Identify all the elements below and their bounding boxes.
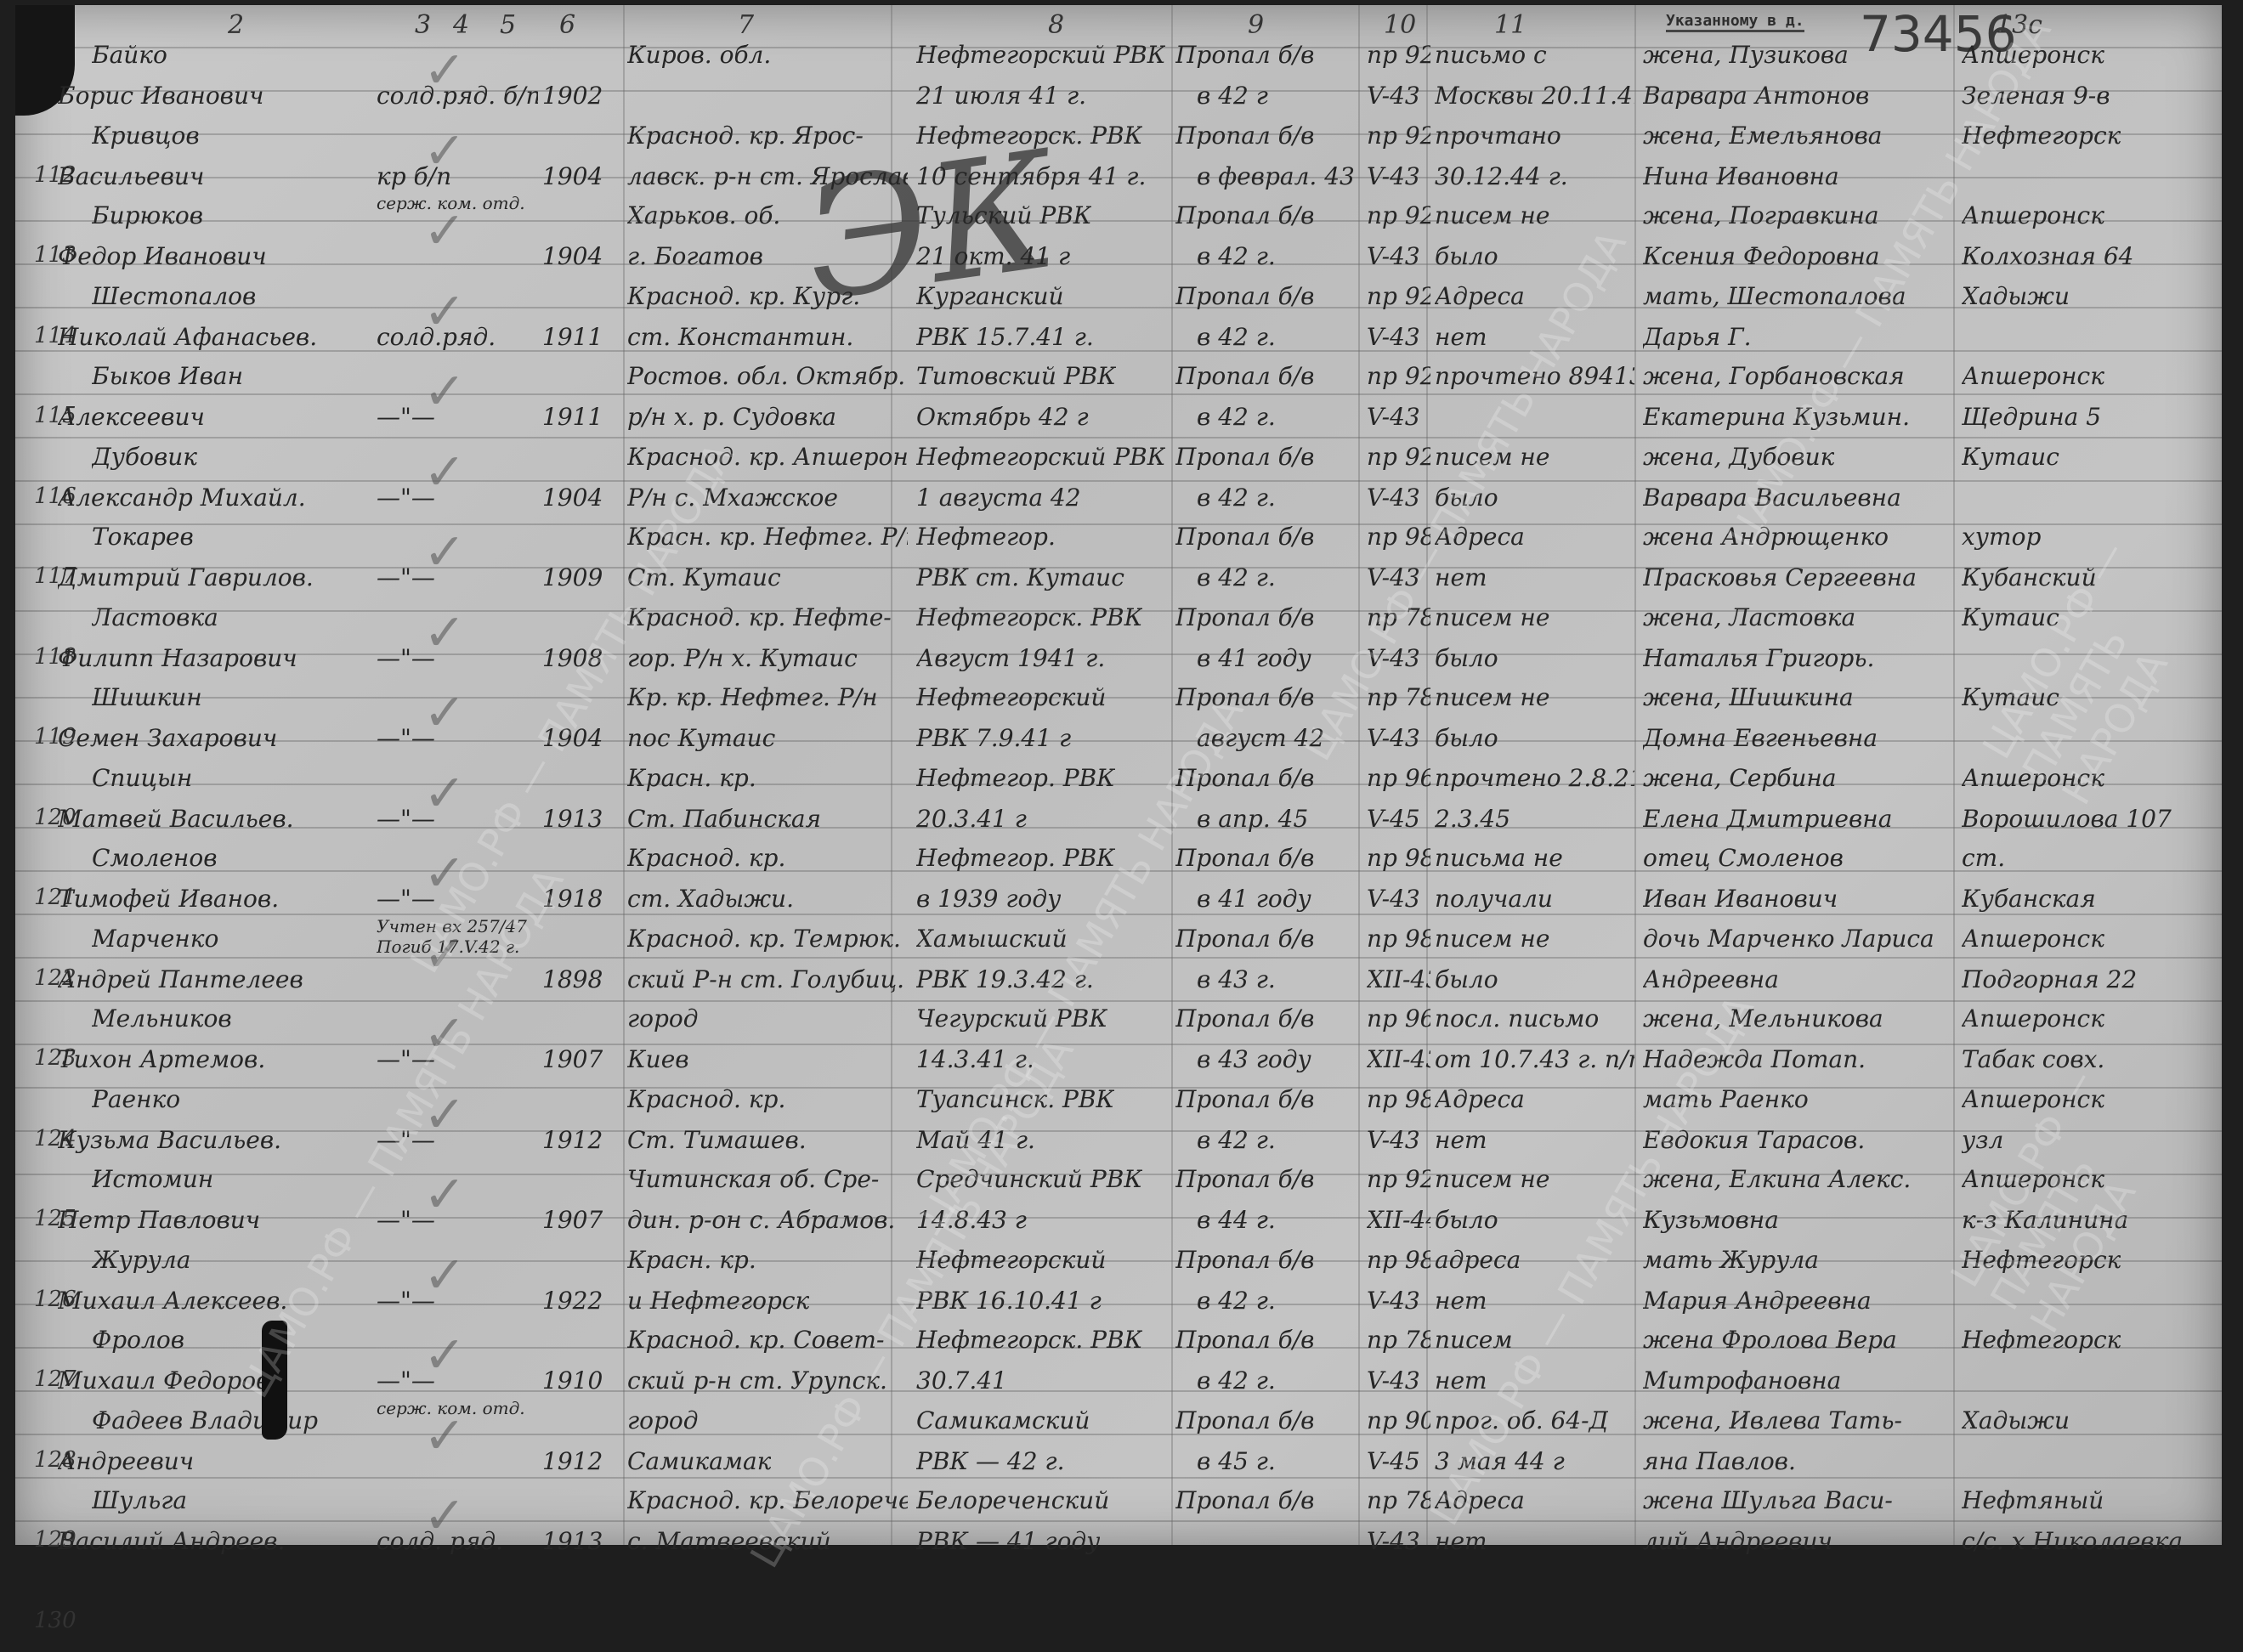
birthplace-cell: Красн. кр. [627, 1246, 756, 1274]
fate-cell: Пропал б/в [1175, 362, 1314, 390]
checkmark-icon: ✓ [423, 764, 466, 823]
checkmark-icon: ✓ [423, 1486, 466, 1546]
birthplace-cell: Краснод. кр. Белоречен. [627, 1486, 908, 1514]
kin-address-cell: Кубанский [1962, 563, 2097, 591]
birthplace-cell: Ст. Тимашев. [627, 1126, 807, 1154]
birth-year-cell: 1908 [542, 644, 603, 672]
given-name-cell: Василий Андреев. [58, 1527, 285, 1549]
kin-address-cell: Апшеронск [1962, 1165, 2104, 1193]
given-name-cell: Михаил Федоров. [58, 1366, 277, 1395]
order-ref-cell: пр 98 [1367, 1085, 1430, 1113]
surname-cell: Бирюков [92, 201, 203, 229]
order-ref-cell: V-43 [1367, 563, 1420, 591]
kin-address-cell: Хадыжи [1962, 1406, 2070, 1434]
fate-date-cell: в 42 г. [1197, 1126, 1276, 1154]
table-row: 113БирюковФедор Ивановичсерж. ком. отд.1… [15, 201, 2222, 286]
kin-address-cell: ст. [1962, 844, 2005, 872]
checkmark-icon: ✓ [423, 925, 466, 984]
fate-date-cell: август 42 [1197, 724, 1324, 752]
fate-date-cell: в феврал. 43 [1197, 162, 1355, 190]
fate-date-cell: в 42 г. [1197, 1366, 1276, 1395]
next-of-kin-cell: Евдокия Тарасов. [1643, 1126, 1865, 1154]
next-of-kin-cell: Екатерина Кузьмин. [1643, 403, 1910, 431]
birthplace-cell: Киров. обл. [627, 41, 771, 69]
column-number: 4 [453, 10, 469, 40]
order-ref-cell: пр 92 [1367, 362, 1430, 390]
column-number: 7 [738, 10, 754, 40]
next-of-kin-cell: мать, Шестопалова [1643, 282, 1906, 310]
next-of-kin-cell: жена, Погравкина [1643, 201, 1879, 229]
birthplace-cell: ст. Константин. [627, 323, 853, 351]
note-cell: нет [1435, 1126, 1487, 1154]
draft-office-cell: Чегурский РВК [916, 1004, 1107, 1032]
birthplace-cell: Кр. кр. Нефтег. Р/н [627, 683, 878, 711]
surname-cell: Байко [92, 41, 167, 69]
birth-year-cell: 1912 [542, 1447, 603, 1475]
birthplace-cell: ст. Хадыжи. [627, 885, 794, 913]
next-of-kin-cell: Кузьмовна [1643, 1206, 1779, 1234]
surname-cell: Быков Иван [92, 362, 243, 390]
draft-date-cell: 10 сентября 41 г. [916, 162, 1146, 190]
table-row: 123МельниковТихон Артемов.—"—1907городКи… [15, 1004, 2222, 1089]
given-name-cell: Дмитрий Гаврилов. [58, 563, 314, 591]
fate-date-cell: в 41 году [1197, 644, 1311, 672]
checkmark-icon: ✓ [423, 683, 466, 743]
column-number: 6 [559, 10, 575, 40]
order-ref-cell: V-43 [1367, 885, 1420, 913]
order-ref-cell: пр 78 [1367, 1486, 1430, 1514]
given-name-cell: Матвей Васильев. [58, 805, 294, 833]
next-of-kin-cell: жена Фролова Вера [1643, 1326, 1897, 1354]
draft-date-cell: РВК 19.3.42 г. [916, 965, 1094, 993]
draft-date-cell: 21 июля 41 г. [916, 82, 1086, 110]
table-row: 122МарченкоАндрей ПантелеевУчтен вх 257/… [15, 925, 2222, 1010]
note-cell: нет [1435, 563, 1487, 591]
order-ref-cell: пр 92 [1367, 41, 1430, 69]
table-row: 115Быков ИванАлексеевич—"—1911Ростов. об… [15, 362, 2222, 447]
checkmark-icon: ✓ [423, 1004, 466, 1064]
order-ref-cell: V-45 [1367, 1447, 1420, 1475]
order-ref-cell: XII-44 [1367, 1206, 1430, 1234]
column-number: 2 [228, 10, 244, 40]
order-ref-cell: V-43 [1367, 1287, 1420, 1315]
note-cell: нет [1435, 323, 1487, 351]
note-cell: писем не [1435, 925, 1549, 953]
note-cell: Адреса [1435, 1486, 1525, 1514]
note-cell: писем не [1435, 443, 1549, 471]
next-of-kin-cell: Дарья Г. [1643, 323, 1752, 351]
draft-office-cell: Нефтегорск. РВК [916, 122, 1142, 150]
kin-address-cell: Колхозная 64 [1962, 242, 2133, 270]
birthplace-cell: Красн. кр. Нефтег. Р/н [627, 523, 908, 551]
next-of-kin-cell: Елена Дмитриевна [1643, 805, 1892, 833]
table-row: БайкоБорис Ивановичсолд.ряд. б/п1902Киро… [15, 41, 2222, 126]
draft-date-cell: 20.3.41 г [916, 805, 1027, 833]
order-ref-cell: V-43 [1367, 162, 1420, 190]
order-ref-cell: пр 98 [1367, 1246, 1430, 1274]
checkmark-icon: ✓ [423, 1246, 466, 1305]
note-cell: писем не [1435, 603, 1549, 631]
next-of-kin-cell: лий Андреевич [1643, 1527, 1832, 1549]
birthplace-cell: г. Богатов [627, 242, 763, 270]
birthplace-cell: Р/н с. Мхажское [627, 484, 838, 512]
birth-year-cell: 1922 [542, 1287, 603, 1315]
birth-year-cell: 1911 [542, 403, 603, 431]
next-of-kin-cell: мать Раенко [1643, 1085, 1809, 1113]
kin-address-cell: узл [1962, 1126, 2003, 1154]
note-cell: Москвы 20.11.41 [1435, 82, 1634, 110]
checkmark-icon: ✓ [423, 1406, 466, 1466]
draft-date-cell: 1 августа 42 [916, 484, 1081, 512]
surname-cell: Дубовик [92, 443, 197, 471]
next-of-kin-cell: Андреевна [1643, 965, 1779, 993]
birthplace-cell: Краснод. кр. Кург. [627, 282, 860, 310]
note-cell: Адреса [1435, 1085, 1525, 1113]
checkmark-icon: ✓ [423, 1085, 466, 1145]
order-ref-cell: пр 78 [1367, 1326, 1430, 1354]
fate-date-cell: в 43 году [1197, 1045, 1311, 1073]
next-of-kin-cell: жена Шульга Васи- [1643, 1486, 1893, 1514]
surname-cell: Шульга [92, 1486, 187, 1514]
surname-cell: Фролов [92, 1326, 184, 1354]
column-number: 9 [1248, 10, 1264, 40]
checkmark-icon: ✓ [423, 1326, 466, 1385]
kin-address-cell: Апшеронск [1962, 1085, 2104, 1113]
next-of-kin-cell: Надежда Потап. [1643, 1045, 1866, 1073]
fate-cell: Пропал б/в [1175, 1486, 1314, 1514]
fate-date-cell: в 42 г. [1197, 1287, 1276, 1315]
archive-stamp: Указанному в д. [1666, 12, 1804, 32]
given-name-cell: Семен Захарович [58, 724, 277, 752]
checkmark-icon: ✓ [423, 523, 466, 582]
draft-office-cell: Нефтегорский РВК [916, 41, 1165, 69]
birth-year-cell: 1913 [542, 805, 603, 833]
order-ref-cell: V-43 [1367, 1366, 1420, 1395]
draft-office-cell: Нефтегор. [916, 523, 1056, 551]
draft-date-cell: РВК 15.7.41 г. [916, 323, 1094, 351]
note-cell: письма не [1435, 844, 1563, 872]
kin-address-cell: Кутаис [1962, 683, 2059, 711]
birthplace-cell: Краснод. кр. [627, 1085, 785, 1113]
fate-cell: Пропал б/в [1175, 844, 1314, 872]
checkmark-icon: ✓ [423, 603, 466, 663]
draft-date-cell: в 1939 году [916, 885, 1061, 913]
column-number: 8 [1048, 10, 1064, 40]
given-name-cell: Андреевич [58, 1447, 194, 1475]
draft-office-cell: Нефтегорский [916, 1246, 1106, 1274]
table-row: 126ЖурулаМихаил Алексеев.—"—1922Красн. к… [15, 1246, 2222, 1331]
fate-cell: Пропал б/в [1175, 282, 1314, 310]
kin-address-cell: Кутаис [1962, 443, 2059, 471]
kin-address-cell: Апшеронск [1962, 41, 2104, 69]
order-ref-cell: XII-43 [1367, 1045, 1430, 1073]
order-ref-cell: V-43 [1367, 1527, 1420, 1549]
document-sheet: 23456789101113с Указанному в д. 73456 ЭК… [15, 5, 2222, 1545]
next-of-kin-cell: Варвара Васильевна [1643, 484, 1901, 512]
order-ref-cell: пр 98 [1367, 523, 1430, 551]
draft-date-cell: РВК 16.10.41 г [916, 1287, 1102, 1315]
surname-cell: Раенко [92, 1085, 180, 1113]
table-row: 124РаенкоКузьма Васильев.—"—1912Краснод.… [15, 1085, 2222, 1170]
draft-office-cell: Нефтегорск. РВК [916, 603, 1142, 631]
birthplace-cell: Самикамак [627, 1447, 771, 1475]
next-of-kin-cell: жена, Мельникова [1643, 1004, 1883, 1032]
table-row: 119ШишкинСемен Захарович—"—1904Кр. кр. Н… [15, 683, 2222, 768]
birthplace-cell: Краснод. кр. Апшерон. [627, 443, 908, 471]
next-of-kin-cell: жена, Ивлева Тать- [1643, 1406, 1902, 1434]
given-name-cell: Михаил Алексеев. [58, 1287, 287, 1315]
draft-office-cell: Белореченский [916, 1486, 1109, 1514]
table-row: 121СмоленовТимофей Иванов.—"—1918Краснод… [15, 844, 2222, 929]
note-cell: было [1435, 1206, 1498, 1234]
given-name-cell: Петр Павлович [58, 1206, 260, 1234]
fate-cell: Пропал б/в [1175, 1004, 1314, 1032]
draft-office-cell: Нефтегорский РВК [916, 443, 1165, 471]
table-row: 125ИстоминПетр Павлович—"—1907Читинская … [15, 1165, 2222, 1250]
birthplace-cell: город [627, 1004, 699, 1032]
column-number: 5 [500, 10, 516, 40]
birth-year-cell: 1912 [542, 1126, 603, 1154]
next-of-kin-cell: жена, Сербина [1643, 764, 1837, 792]
fate-date-cell: в 42 г. [1197, 403, 1276, 431]
next-of-kin-cell: жена Андрющенко [1643, 523, 1889, 551]
fate-cell: Пропал б/в [1175, 443, 1314, 471]
order-ref-cell: пр 96 [1367, 1004, 1430, 1032]
note-cell: от 10.7.43 г. п/п 26660 [1435, 1045, 1634, 1073]
given-name-cell: Кузьма Васильев. [58, 1126, 281, 1154]
draft-office-cell: Титовский РВК [916, 362, 1116, 390]
order-ref-cell: V-43 [1367, 242, 1420, 270]
note-cell: получали [1435, 885, 1553, 913]
next-of-kin-cell: Митрофановна [1643, 1366, 1841, 1395]
fate-date-cell: в 42 г. [1197, 323, 1276, 351]
next-of-kin-cell: отец Смоленов [1643, 844, 1844, 872]
order-ref-cell: пр 96 [1367, 764, 1430, 792]
kin-address-cell: к-з Калинина [1962, 1206, 2128, 1234]
column-number: 11 [1494, 10, 1526, 40]
next-of-kin-cell: жена, Ластовка [1643, 603, 1855, 631]
surname-cell: Мельников [92, 1004, 232, 1032]
next-of-kin-cell: Прасковья Сергеевна [1643, 563, 1917, 591]
table-row: 127ФроловМихаил Федоров.—"—1910Краснод. … [15, 1326, 2222, 1411]
birthplace-cell: и Нефтегорск [627, 1287, 809, 1315]
birthplace-cell: город [627, 1406, 699, 1434]
note-cell: нет [1435, 1527, 1487, 1549]
surname-cell: Смоленов [92, 844, 218, 872]
note-cell: 30.12.44 г. [1435, 162, 1568, 190]
birthplace-cell: Краснод. кр. Нефте- [627, 603, 892, 631]
birth-year-cell: 1907 [542, 1045, 603, 1073]
draft-date-cell: Август 1941 г. [916, 644, 1105, 672]
order-ref-cell: пр 90 [1367, 1406, 1430, 1434]
checkmark-icon: ✓ [423, 282, 466, 342]
table-row: 117ТокаревДмитрий Гаврилов.—"—1909Красн.… [15, 523, 2222, 608]
next-of-kin-cell: Нина Ивановна [1643, 162, 1839, 190]
kin-address-cell: Нефтегорск [1962, 1326, 2121, 1354]
birthplace-cell: Ростов. обл. Октябр. [627, 362, 905, 390]
note-cell: адреса [1435, 1246, 1521, 1274]
surname-cell: Ластовка [92, 603, 218, 631]
surname-cell: Спицын [92, 764, 192, 792]
fate-cell: Пропал б/в [1175, 683, 1314, 711]
kin-address-cell: Табак совх. [1962, 1045, 2104, 1073]
kin-address-cell: Кутаис [1962, 603, 2059, 631]
next-of-kin-cell: дочь Марченко Лариса [1643, 925, 1934, 953]
kin-address-cell: Щедрина 5 [1962, 403, 2101, 431]
draft-office-cell: Тульский РВК [916, 201, 1091, 229]
note-cell: было [1435, 724, 1498, 752]
birthplace-cell: с. Матвеевский [627, 1527, 831, 1549]
birth-year-cell: 1904 [542, 484, 603, 512]
kin-address-cell: Ворошилова 107 [1962, 805, 2172, 833]
note-cell: было [1435, 242, 1498, 270]
birth-year-cell: 1910 [542, 1366, 603, 1395]
draft-date-cell: РВК — 41 году [916, 1527, 1100, 1549]
note-cell: нет [1435, 1287, 1487, 1315]
kin-address-cell: Хадыжи [1962, 282, 2070, 310]
birth-year-cell: 1902 [542, 82, 603, 110]
kin-address-cell: Апшеронск [1962, 201, 2104, 229]
fate-cell: Пропал б/в [1175, 603, 1314, 631]
checkmark-icon: ✓ [423, 1165, 466, 1225]
fate-date-cell: в 42 г. [1197, 242, 1276, 270]
birth-year-cell: 1909 [542, 563, 603, 591]
order-ref-cell: V-43 [1367, 323, 1420, 351]
birthplace-cell: Краснод. кр. [627, 844, 785, 872]
draft-office-cell: Курганский [916, 282, 1064, 310]
checkmark-icon: ✓ [423, 443, 466, 502]
birth-year-cell: 1907 [542, 1206, 603, 1234]
note-cell: прочтено 89413 [1435, 362, 1634, 390]
given-name-cell: Васильевич [58, 162, 204, 190]
birthplace-cell: Читинская об. Сре- [627, 1165, 879, 1193]
birth-year-cell: 1898 [542, 965, 603, 993]
note-cell: прочтено 2.8.21 [1435, 764, 1634, 792]
order-ref-cell: пр 98 [1367, 925, 1430, 953]
kin-address-cell: Нефтегорск [1962, 1246, 2121, 1274]
order-ref-cell: пр 78 [1367, 603, 1430, 631]
kin-address-cell: хутор [1962, 523, 2041, 551]
birthplace-cell: р/н х. р. Судовка [627, 403, 836, 431]
kin-address-cell: с/с. х Николаевка [1962, 1527, 2183, 1549]
fate-date-cell: в 42 г [1197, 82, 1268, 110]
order-ref-cell: V-43 [1367, 1126, 1420, 1154]
birthplace-cell: Краснод. кр. Ярос- [627, 122, 864, 150]
next-of-kin-cell: жена, Елкина Алекс. [1643, 1165, 1911, 1193]
birthplace-cell: ский р-н ст. Урупск. [627, 1366, 887, 1395]
next-of-kin-cell: Мария Андреевна [1643, 1287, 1872, 1315]
note-cell: письмо с [1435, 41, 1547, 69]
given-name-cell: Андрей Пантелеев [58, 965, 303, 993]
checkmark-icon: ✓ [423, 362, 466, 421]
next-of-kin-cell: жена, Горбановская [1643, 362, 1905, 390]
next-of-kin-cell: Иван Иванович [1643, 885, 1838, 913]
fate-date-cell: в 44 г. [1197, 1206, 1276, 1234]
birth-year-cell: 1911 [542, 323, 603, 351]
note-cell: нет [1435, 1366, 1487, 1395]
given-name-cell: Тимофей Иванов. [58, 885, 279, 913]
note-cell: было [1435, 965, 1498, 993]
draft-office-cell: Туапсинск. РВК [916, 1085, 1114, 1113]
next-of-kin-cell: Наталья Григорь. [1643, 644, 1874, 672]
order-ref-cell: пр 92 [1367, 443, 1430, 471]
kin-address-cell: Зеленая 9-в [1962, 82, 2110, 110]
next-of-kin-cell: жена, Емельянова [1643, 122, 1882, 150]
fate-cell: Пропал б/в [1175, 925, 1314, 953]
given-name-cell: Тихон Артемов. [58, 1045, 265, 1073]
kin-address-cell: Апшеронск [1962, 1004, 2104, 1032]
draft-date-cell: РВК 7.9.41 г [916, 724, 1071, 752]
birthplace-cell: Харьков. об. [627, 201, 780, 229]
birth-year-cell: 1904 [542, 242, 603, 270]
kin-address-cell: Апшеронск [1962, 764, 2104, 792]
table-row: 118ЛастовкаФилипп Назарович—"—1908Красно… [15, 603, 2222, 688]
draft-office-cell: Нефтегор. РВК [916, 844, 1115, 872]
ink-blot [262, 1321, 287, 1440]
fate-date-cell: в апр. 45 [1197, 805, 1308, 833]
note-cell: 3 мая 44 г [1435, 1447, 1565, 1475]
draft-office-cell: Самикамский [916, 1406, 1090, 1434]
next-of-kin-cell: Ксения Федоровна [1643, 242, 1879, 270]
table-row: 112КривцовВасильевичкр б/п1904Краснод. к… [15, 122, 2222, 206]
fate-cell: Пропал б/в [1175, 1165, 1314, 1193]
birth-year-cell: 1918 [542, 885, 603, 913]
birthplace-cell: Киев [627, 1045, 689, 1073]
next-of-kin-cell: яна Павлов. [1643, 1447, 1796, 1475]
note-cell: писем [1435, 1326, 1513, 1354]
given-name-cell: Борис Иванович [58, 82, 263, 110]
next-of-kin-cell: жена, Дубовик [1643, 443, 1834, 471]
kin-address-cell: Апшеронск [1962, 362, 2104, 390]
next-of-kin-cell: Варвара Антонов [1643, 82, 1869, 110]
next-of-kin-cell: Домна Евгеньевна [1643, 724, 1878, 752]
order-ref-cell: пр 92 [1367, 122, 1430, 150]
draft-date-cell: 14.3.41 г. [916, 1045, 1034, 1073]
order-ref-cell: V-43 [1367, 484, 1420, 512]
birthplace-cell: Ст. Пабинская [627, 805, 821, 833]
fate-cell: Пропал б/в [1175, 764, 1314, 792]
draft-date-cell: Октябрь 42 г [916, 403, 1089, 431]
order-ref-cell: V-43 [1367, 724, 1420, 752]
table-row: 116ДубовикАлександр Михайл.—"—1904Красно… [15, 443, 2222, 528]
birthplace-cell: Краснод. кр. Совет- [627, 1326, 884, 1354]
given-name-cell: Николай Афанасьев. [58, 323, 317, 351]
fate-cell: Пропал б/в [1175, 1326, 1314, 1354]
draft-date-cell: РВК ст. Кутаис [916, 563, 1124, 591]
draft-office-cell: Средчинский РВК [916, 1165, 1142, 1193]
checkmark-icon: ✓ [423, 122, 466, 181]
fate-date-cell: в 42 г. [1197, 484, 1276, 512]
fate-date-cell: в 43 г. [1197, 965, 1276, 993]
draft-date-cell: Май 41 г. [916, 1126, 1035, 1154]
table-row: 120СпицынМатвей Васильев.—"—1913Красн. к… [15, 764, 2222, 849]
fate-cell: Пропал б/в [1175, 201, 1314, 229]
draft-date-cell: 21 окт. 41 г [916, 242, 1070, 270]
note-cell: прочтано [1435, 122, 1561, 150]
given-name-cell: Александр Михайл. [58, 484, 306, 512]
fate-cell: Пропал б/в [1175, 1406, 1314, 1434]
checkmark-icon: ✓ [423, 201, 466, 261]
draft-office-cell: Нефтегорский [916, 683, 1106, 711]
table-row: 114ШестопаловНиколай Афанасьев.солд.ряд.… [15, 282, 2222, 367]
table-row: 129ШульгаВасилий Андреев.солд. ряд.1913К… [15, 1486, 2222, 1549]
given-name-cell: Алексеевич [58, 403, 205, 431]
order-ref-cell: V-43 [1367, 82, 1420, 110]
birthplace-cell: Ст. Кутаис [627, 563, 781, 591]
birthplace-cell: лавск. р-н ст. Ярослав [627, 162, 908, 190]
fate-date-cell: в 45 г. [1197, 1447, 1276, 1475]
column-number: 3 [415, 10, 431, 40]
